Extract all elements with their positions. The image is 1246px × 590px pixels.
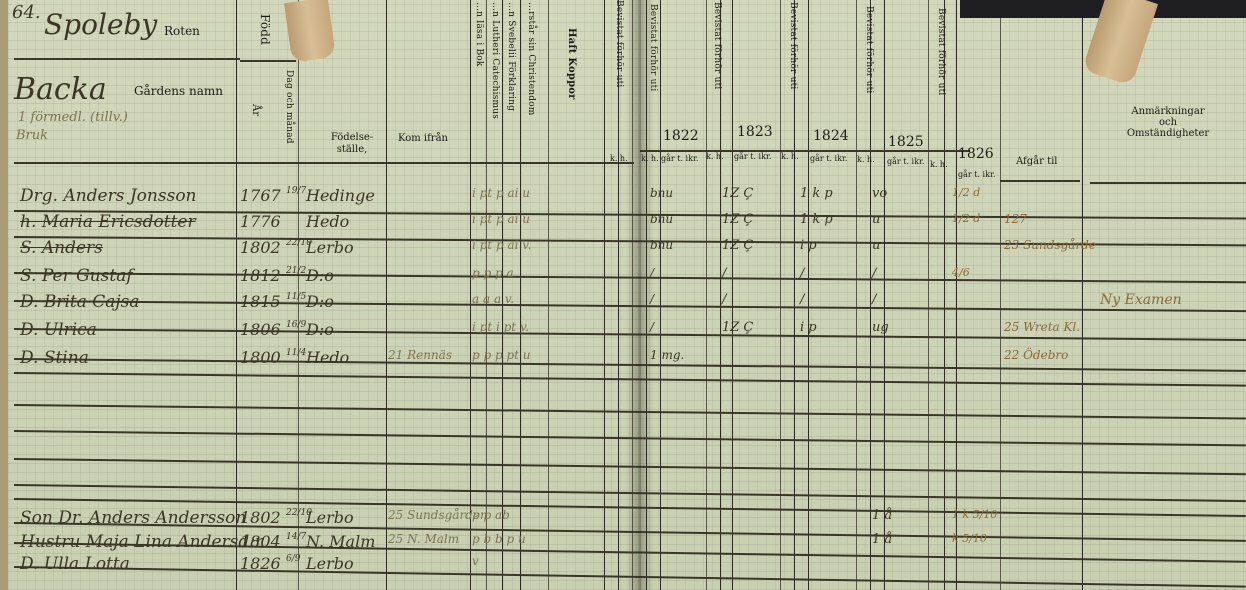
header-svebelii: ...n Svebelii Förklaring: [506, 2, 516, 111]
kh-5: k. h.: [930, 160, 948, 169]
row-from: 21 Rennäs: [388, 348, 452, 362]
row-name: Drg. Anders Jonsson: [20, 186, 197, 206]
row-1826: 1/2 d: [952, 212, 980, 225]
row-birth-day: 11/5: [286, 292, 306, 302]
ruling-vertical: [604, 0, 605, 590]
row-birth-year: 1802: [240, 238, 281, 257]
header-afgar-til: Afgår til: [1016, 156, 1057, 167]
row-birthplace: D:o: [306, 320, 334, 339]
row-1825: u: [872, 238, 880, 253]
row-birthplace: D:o: [306, 292, 334, 311]
row-marks: i pt i pt v.: [472, 320, 529, 334]
row-birth-year: 1800: [240, 348, 281, 367]
row-1823: /: [722, 292, 726, 307]
row-birth-day: 11/4: [286, 348, 306, 358]
row-1824: i p: [800, 320, 817, 335]
row-birth-day: 14/7: [286, 532, 306, 542]
row-name: h. Maria Ericsdotter: [20, 212, 196, 232]
row-marks: a a a v.: [472, 292, 514, 306]
row-name: D. Ulrica: [20, 320, 97, 340]
row-1825: u: [872, 212, 880, 227]
ruling-horizontal: [1000, 180, 1080, 182]
row-birth-day: 16/9: [286, 320, 306, 330]
row-from: 25 N. Malm: [388, 532, 459, 546]
ruling-vertical: [548, 0, 549, 590]
gar-5: går t. ikr.: [958, 170, 995, 179]
row-marks: p p p a: [472, 266, 514, 280]
row-birth-day: 6/9: [286, 554, 300, 564]
ruling-vertical: [808, 0, 809, 590]
gar-3: går t. ikr.: [810, 154, 847, 163]
row-name: Hustru Maja Lina Andersd:r: [20, 532, 263, 552]
header-bevistat-4: Bevistat förhör uti: [864, 6, 874, 94]
row-1822: 1 mg.: [650, 348, 684, 362]
year-1825: 1825: [888, 134, 924, 150]
row-birthplace: D:o: [306, 266, 334, 285]
row-birth-day: 19/7: [286, 186, 306, 196]
row-afgar: 22 Ödebro: [1004, 348, 1068, 362]
gard-note: 1 förmedl. (tillv.): [18, 110, 128, 125]
ruling-vertical: [956, 0, 957, 590]
row-birth-year: 1802: [240, 508, 281, 527]
year-1822: 1822: [663, 128, 699, 144]
ruling-horizontal: [240, 60, 296, 62]
row-name: S. Per Gustaf: [20, 266, 133, 286]
row-1823: 1Z Ç: [722, 320, 753, 335]
header-bevistat-5: Bevistat förhör uti: [936, 8, 946, 96]
ruling-vertical: [780, 0, 781, 590]
row-birth-year: 1815: [240, 292, 281, 311]
row-1823: 1Z Ç: [722, 238, 753, 253]
header-fodd: Född: [258, 14, 272, 45]
row-1824: /: [800, 292, 804, 307]
gard-label: Gårdens namn: [134, 84, 223, 98]
row-birth-year: 1812: [240, 266, 281, 285]
row-1826: 1/2 d: [952, 186, 980, 199]
ruling-vertical: [706, 0, 707, 590]
row-afgar: 127: [1004, 212, 1027, 226]
row-1824: 1 k p: [800, 186, 833, 201]
header-kom-ifran: Kom ifrån: [398, 133, 448, 144]
year-1823: 1823: [737, 124, 773, 140]
row-birth-day: 21/2: [286, 266, 306, 276]
header-fodelsestalle: Födelse-ställe,: [318, 132, 386, 156]
ruling-horizontal: [14, 58, 240, 60]
header-ar: År: [250, 104, 261, 116]
row-name: D. Ulla Lotta: [20, 554, 130, 574]
row-name: Son Dr. Anders Andersson: [20, 508, 246, 528]
header-kh-left: k. h.: [610, 154, 628, 163]
header-bevistat-3: Bevistat förhör uti: [788, 2, 798, 90]
row-marks: i pt p ai u: [472, 212, 530, 226]
row-birthplace: Hedo: [306, 348, 349, 367]
ruling-vertical: [732, 0, 733, 590]
year-1826: 1826: [958, 146, 994, 162]
header-luther: ...n Lutheri Catechismus: [490, 2, 500, 119]
ruling-horizontal: [1090, 182, 1246, 184]
header-dag-manad: Dag och månad: [284, 70, 294, 144]
row-1825: /: [872, 266, 876, 281]
row-birth-year: 1767: [240, 186, 281, 205]
ruling-horizontal: [640, 150, 970, 152]
row-marks: i pt p ai u: [472, 186, 530, 200]
kh-3: k. h.: [781, 152, 799, 161]
ruling-vertical: [1082, 0, 1083, 590]
gard-note-2: Bruk: [16, 128, 48, 143]
header-haft-koppor: Haft Koppor: [566, 28, 577, 100]
gar-1: går t. ikr.: [661, 154, 698, 163]
row-birth-year: 1806: [240, 320, 281, 339]
page-number: 64.: [12, 2, 41, 23]
row-birthplace: Hedinge: [306, 186, 375, 205]
row-1826: 4/6: [952, 266, 970, 279]
row-birthplace: N. Malm: [306, 532, 375, 551]
year-1824: 1824: [813, 128, 849, 144]
ruling-vertical: [618, 0, 619, 590]
row-notes: Ny Examen: [1100, 292, 1182, 308]
book-gutter: [626, 0, 654, 590]
row-marks: i pt p ai v.: [472, 238, 531, 252]
row-1825: 1 å: [872, 532, 892, 547]
row-afgar: 23 Sundsgårde: [1004, 238, 1096, 252]
row-1824: /: [800, 266, 804, 281]
rote-label: Roten: [164, 24, 200, 38]
row-birthplace: Hedo: [306, 212, 349, 231]
wooden-clip-left: [284, 0, 336, 63]
row-birth-year: 1826: [240, 554, 281, 573]
row-1825: 1 å: [872, 508, 892, 523]
header-forstand: ...rstår sin Christendom: [526, 2, 536, 116]
ruling-vertical: [520, 0, 521, 590]
ruling-vertical: [856, 0, 857, 590]
row-birth-year: 1804: [240, 532, 281, 551]
row-1825: /: [872, 292, 876, 307]
header-lasa-bok: ...n läsa i Bok: [474, 2, 484, 67]
ruling-vertical: [884, 0, 885, 590]
header-anmarkningar: Anmärkningar och Omständigheter: [1120, 106, 1216, 139]
row-afgar: 25 Wreta Kl.: [1004, 320, 1080, 334]
row-1824: i p: [800, 238, 817, 253]
row-birth-year: 1776: [240, 212, 281, 231]
row-1824: 1 k p: [800, 212, 833, 227]
row-1825: vo: [872, 186, 887, 201]
row-name: D. Stina: [20, 348, 89, 368]
row-birthplace: Lerbo: [306, 508, 354, 527]
header-bevistat-left: Bevistat förhör uti: [614, 0, 624, 88]
row-name: S. Anders: [20, 238, 103, 258]
row-1826: 1 k 5/10: [952, 508, 997, 521]
row-marks: v: [472, 554, 479, 568]
row-1826: k 5/10: [952, 532, 987, 545]
gard-value: Backa: [14, 72, 107, 107]
header-bevistat-2: Bevistat förhör uti: [712, 2, 722, 90]
ruling-horizontal: [14, 162, 634, 164]
row-1823: 1Z Ç: [722, 212, 753, 227]
row-birthplace: Lerbo: [306, 554, 354, 573]
gar-2: går t. ikr.: [734, 152, 771, 161]
row-name: D. Brita Cajsa: [20, 292, 140, 312]
ruling-vertical: [1000, 0, 1001, 590]
kh-2: k. h.: [706, 152, 724, 161]
ruling-vertical: [660, 0, 661, 590]
kh-4: k. h.: [857, 155, 875, 164]
row-marks: p p p pt u: [472, 348, 531, 362]
row-marks: p b b p u: [472, 532, 526, 546]
row-1825: ug: [872, 320, 889, 335]
gar-4: går t. ikr.: [887, 157, 924, 166]
ruling-vertical: [928, 0, 929, 590]
row-1823: 1Z Ç: [722, 186, 753, 201]
row-birthplace: Lerbo: [306, 238, 354, 257]
ruling-vertical: [386, 0, 387, 590]
row-marks: p p ab: [472, 508, 510, 522]
row-1823: /: [722, 266, 726, 281]
rote-value: Spoleby: [44, 8, 157, 41]
